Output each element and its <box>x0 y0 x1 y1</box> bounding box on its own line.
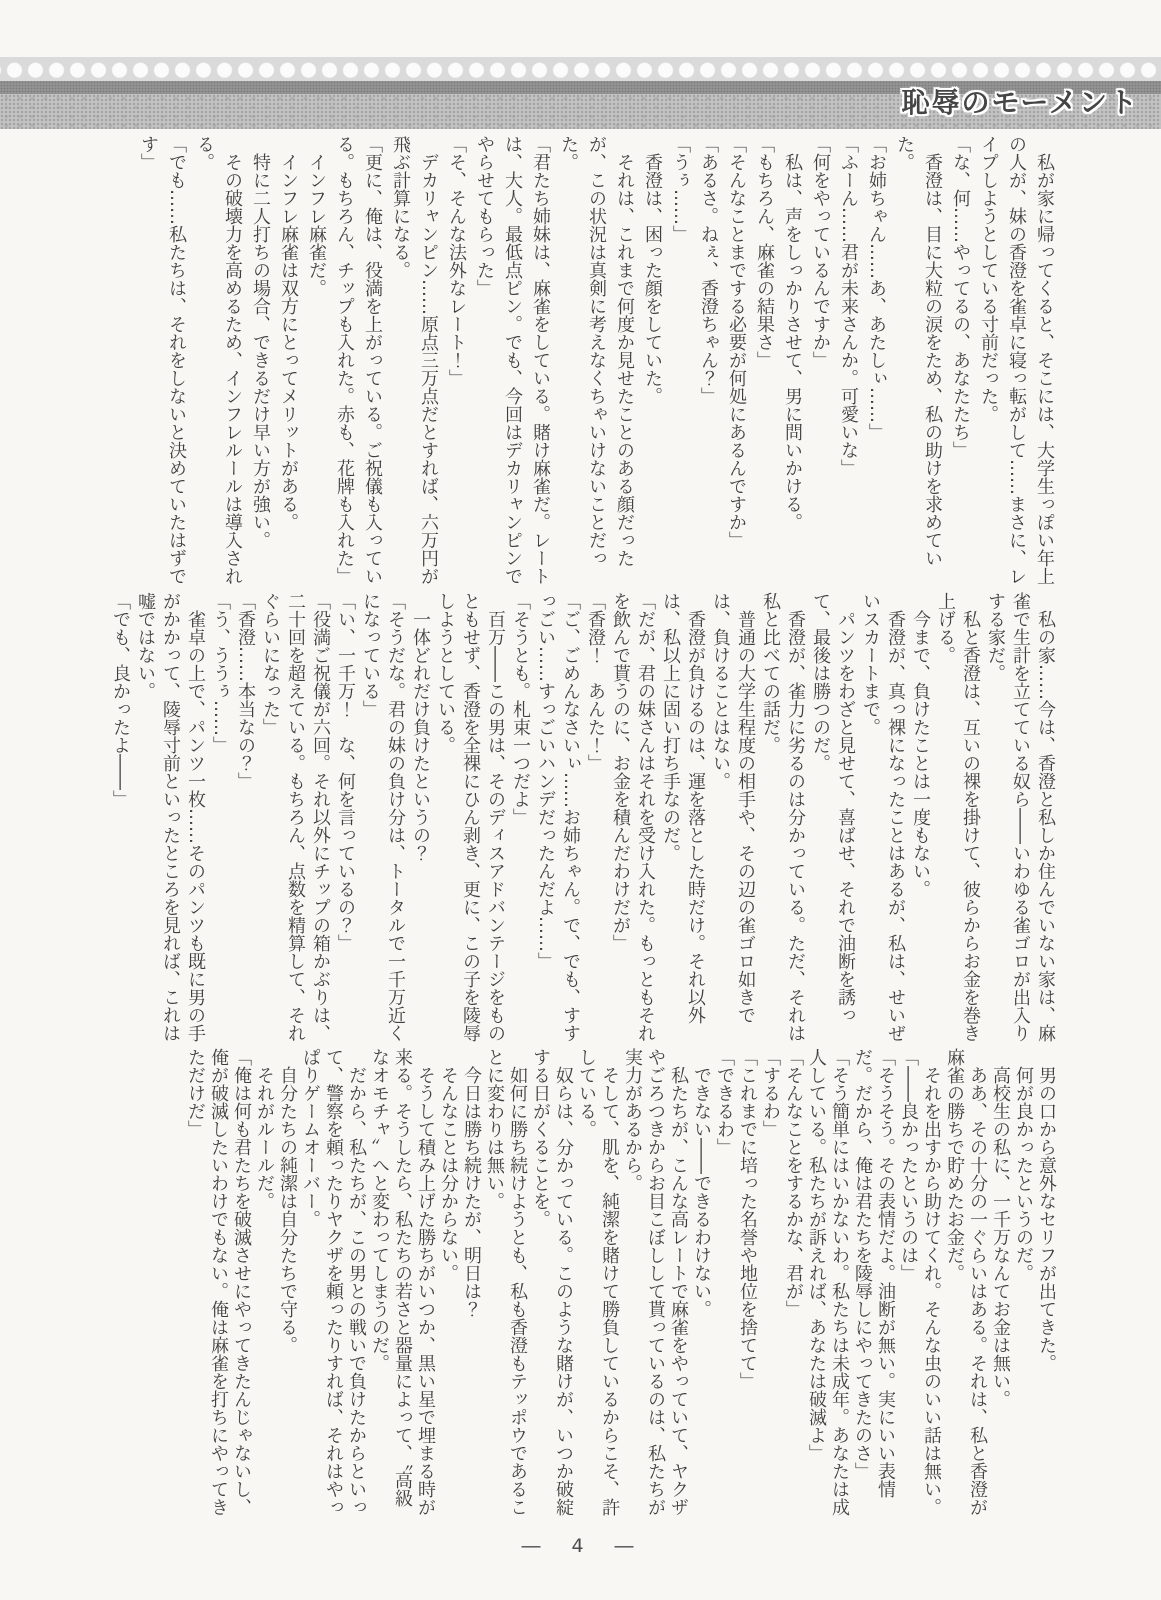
paragraph: 「役満ご祝儀が六回。それ以外にチップの箱かぶりは、二十回を超えている。もちろん、… <box>258 592 333 1044</box>
paragraph: 私たちが、こんな高レートで麻雀をやっていて、ヤクザやごろつきからお目こぼしして貰… <box>621 1048 690 1522</box>
paragraph: 奴らは、分かっている。このような賭けが、いつか破綻する日がくることを。 <box>529 1048 575 1522</box>
paragraph: 香澄が、雀力に劣るのは分かっている。ただ、それは私と比べての話だ。 <box>758 592 808 1044</box>
paragraph: 「でも、良かったよ――」 <box>108 592 133 1044</box>
paragraph: それがルールだ。 <box>253 1048 276 1522</box>
paragraph: 「もちろん、麻雀の結果さ」 <box>750 135 778 587</box>
text-band-top: 私が家に帰ってくると、そこには、大学生っぽい年上の人が、妹の香澄を雀卓に寝っ転が… <box>134 135 1058 587</box>
paragraph: 「そうとも。札束一つだよ」 <box>508 592 533 1044</box>
paragraph: 香澄が負けるのは、運を落とした時だけ。それ以外は、私以上に固い打ち手なのだ。 <box>658 592 708 1044</box>
paragraph: パンツをわざと見せて、喜ばせ、それで油断を誘って、最後は勝つのだ。 <box>808 592 858 1044</box>
paragraph: その破壊力を高めるため、インフレルールは導入される。 <box>190 135 246 587</box>
document-page: 恥辱のモーメント 私が家に帰ってくると、そこには、大学生っぽい年上の人が、妹の香… <box>0 0 1161 1600</box>
text-band-bottom: 男の口から意外なセリフが出てきた。 何が良かったというのだ。 高校生の私に、一千… <box>184 1048 1058 1522</box>
text-band-middle: 私の家……今は、香澄と私しか住んでいない家は、麻雀で生計を立てている奴ら――いわ… <box>108 592 1058 1044</box>
paragraph: 「更に、俺は、役満を上がっている。ご祝儀も入っている。もちろん、チップも入れた。… <box>330 135 386 587</box>
paragraph: 男の口から意外なセリフが出てきた。 <box>1035 1048 1058 1522</box>
header-scallop-pattern <box>0 57 1161 81</box>
paragraph: 香澄が、真っ裸になったことはあるが、私は、せいぜいスカートまで。 <box>858 592 908 1044</box>
paragraph: 「そうだな。君の妹の負け分は、トータルで一千万近くになっている」 <box>358 592 408 1044</box>
paragraph: 「これまでに培った名誉や地位を捨てて」 <box>736 1048 759 1522</box>
paragraph: できない――できるわけない。 <box>690 1048 713 1522</box>
paragraph: 「香澄……本当なの？」 <box>233 592 258 1044</box>
paragraph: 「香澄！ あんた！」 <box>583 592 608 1044</box>
paragraph: 「ふーん……君が未来さんか。可愛いな」 <box>834 135 862 587</box>
paragraph: だから、私たちが、この男との戦いで負けたからといって、警察を頼ったりヤクザを頼っ… <box>299 1048 368 1522</box>
paragraph: 「できるわ」 <box>713 1048 736 1522</box>
paragraph: 「君たち姉妹は、麻雀をしている。賭け麻雀だ。レートは、大人。最低点ピン。でも、今… <box>470 135 554 587</box>
paragraph: 香澄は、目に大粒の涙をため、私の助けを求めていた。 <box>890 135 946 587</box>
paragraph: 「あるさ。ねぇ、香澄ちゃん？」 <box>694 135 722 587</box>
paragraph: 私が家に帰ってくると、そこには、大学生っぽい年上の人が、妹の香澄を雀卓に寝っ転が… <box>974 135 1058 587</box>
paragraph: 私は、声をしっかりさせて、男に問いかける。 <box>778 135 806 587</box>
paragraph: 「そんなことまでする必要が何処にあるんですか」 <box>722 135 750 587</box>
paragraph: 「な、何……やってるの、あなたたち」 <box>946 135 974 587</box>
paragraph: 私の家……今は、香澄と私しか住んでいない家は、麻雀で生計を立てている奴ら――いわ… <box>983 592 1058 1044</box>
paragraph: 「うぅ……」 <box>666 135 694 587</box>
paragraph: そうして積み上げた勝ちがいつか、黒い星で埋まる時が来る。そうしたら、私たちの若さ… <box>368 1048 437 1522</box>
paragraph: インフレ麻雀だ。 <box>302 135 330 587</box>
paragraph: 「だが、君の妹さんはそれを受け入れた。もっともそれを飲んで貰うのに、お金を積んだ… <box>608 592 658 1044</box>
paragraph: 「ご、ごめんなさいぃ……お姉ちゃん。で、でも、すすっごい……すっごいハンデだった… <box>533 592 583 1044</box>
paragraph: 百万――この男は、そのディスアドバンテージをものともせず、香澄を全裸にひん剥き、… <box>433 592 508 1044</box>
paragraph: 「い、一千万！ な、何を言っているの？」 <box>333 592 358 1044</box>
page-title: 恥辱のモーメント <box>902 81 1139 121</box>
paragraph: そんなことは分からない。 <box>437 1048 460 1522</box>
paragraph: 私と香澄は、互いの裸を掛けて、彼らからお金を巻き上げる。 <box>933 592 983 1044</box>
paragraph: 高校生の私に、一千万なんてお金は無い。 <box>989 1048 1012 1522</box>
paragraph: 「そうそう。その表情だよ。油断が無い。実にいい表情だ。だから、俺は君たちを陵辱し… <box>851 1048 897 1522</box>
paragraph: 「俺は何も君たちを破滅させにやってきたんじゃないし、俺が破滅したいわけでもない。… <box>184 1048 253 1522</box>
paragraph: 「するわ」 <box>759 1048 782 1522</box>
paragraph: 今日は勝ち続けたが、明日は？ <box>460 1048 483 1522</box>
paragraph: 自分たちの純潔は自分たちで守る。 <box>276 1048 299 1522</box>
paragraph: それは、これまで何度か見せたことのある顔だったが、この状況は真剣に考えなくちゃい… <box>554 135 638 587</box>
page-number: ― 4 ― <box>0 1531 1161 1558</box>
paragraph: ああ、その十分の一ぐらいはある。それは、私と香澄が麻雀の勝ちで貯めたお金だ。 <box>943 1048 989 1522</box>
paragraph: 特に二人打ちの場合、できるだけ早い方が強い。 <box>246 135 274 587</box>
paragraph: 「そう簡単にはいかないわ。私たちは未成年。あなたは成人している。私たちが訴えれば… <box>805 1048 851 1522</box>
paragraph: そして、肌を、純潔を賭けて勝負しているからこそ、許している。 <box>575 1048 621 1522</box>
paragraph: 「そんなことをするかな、君が」 <box>782 1048 805 1522</box>
paragraph: 香澄は、困った顔をしていた。 <box>638 135 666 587</box>
paragraph: 何が良かったというのだ。 <box>1012 1048 1035 1522</box>
paragraph: 「お姉ちゃん……あ、あたしぃ……」 <box>862 135 890 587</box>
paragraph: デカリャンピン……原点三万点だとすれば、六万円が飛ぶ計算になる。 <box>386 135 442 587</box>
paragraph: 「そ、そんな法外なレート！」 <box>442 135 470 587</box>
paragraph: 如何に勝ち続けようとも、私も香澄もテッポウであることに変わりは無い。 <box>483 1048 529 1522</box>
paragraph: 雀卓の上で、パンツ一枚……そのパンツも既に男の手がかかって、陵辱寸前といったとこ… <box>133 592 208 1044</box>
paragraph: 「でも……私たちは、それをしないと決めていたはずです」 <box>134 135 190 587</box>
paragraph: 普通の大学生程度の相手や、その辺の雀ゴロ如きでは、負けることはない。 <box>708 592 758 1044</box>
paragraph: 今まで、負けたことは一度もない。 <box>908 592 933 1044</box>
paragraph: 「何をやっているんですか」 <box>806 135 834 587</box>
header-band: 恥辱のモーメント <box>0 57 1161 129</box>
paragraph: インフレ麻雀は双方にとってメリットがある。 <box>274 135 302 587</box>
paragraph: それを出すから助けてくれ。そんな虫のいい話は無い。 <box>920 1048 943 1522</box>
paragraph: 「――良かったというのは」 <box>897 1048 920 1522</box>
paragraph: 一体どれだけ負けたというの？ <box>408 592 433 1044</box>
paragraph: 「う、ううぅ……」 <box>208 592 233 1044</box>
